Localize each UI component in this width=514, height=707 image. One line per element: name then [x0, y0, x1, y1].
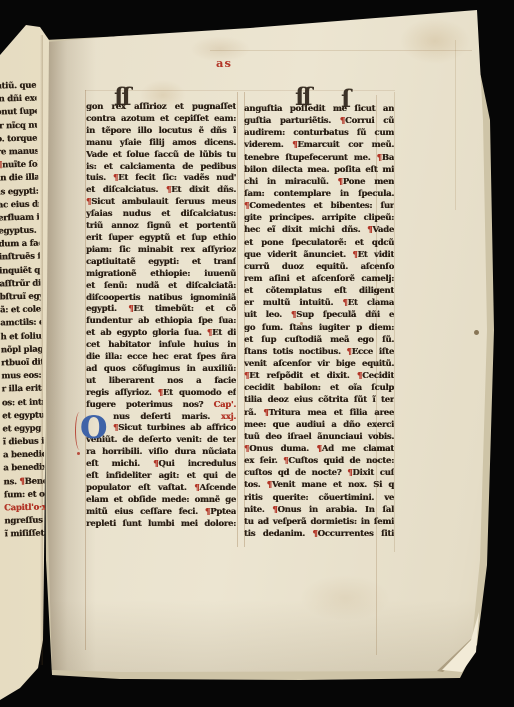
manuscript-text-line: et ſenũ: nudã et diſcalciatã:: [86, 281, 236, 293]
right-text-column: anguſtia poſſedit me ſicut anguſtia part…: [244, 103, 394, 540]
manuscript-text-line: elam et obſide mede: omnẽ ge: [86, 495, 236, 507]
manuscript-text-line: in tẽpore illo locutus ẽ dñs ĩ: [86, 126, 236, 138]
manuscript-text-line: go ſum. ſtans iugiter p diem:: [244, 322, 394, 334]
manuscript-text-line: repleti ſunt lumbi mei dolore:: [86, 519, 236, 531]
manuscript-text-line: tuũ deo iſrael ãnunciaui vobis.: [244, 431, 394, 443]
manuscript-text-line: ã: et colentes: [0, 304, 41, 318]
manuscript-text-line: tenebre ſtupefecerunt me. ¶Ba: [244, 152, 394, 164]
manuscript-text-line: nõpl plagã k: [1, 343, 42, 357]
manuscript-text-line: et egyptus lã: [2, 409, 43, 423]
manuscript-text-line: cet habitator inſule huius in: [86, 340, 236, 352]
manuscript-text-line: tis dedanim. ¶Occurrentes ſiti: [244, 528, 394, 540]
manuscript-text-line: erit ſuper egyptũ et ſup ethio: [86, 233, 236, 245]
page-bottom-shading: [50, 600, 480, 675]
ruling-line-vertical: [455, 40, 456, 210]
manuscript-text-line: dum a facie m: [0, 238, 40, 252]
ink-speck: [474, 330, 479, 335]
manuscript-text-line: ĩ miſiſſet eũ ſar: [4, 528, 45, 542]
manuscript-text-line: ¶Et reſpõdit et dixit. ¶Cecidit: [244, 370, 394, 382]
manuscript-text-line: ngreſſus ẽ thar: [4, 515, 45, 529]
manuscript-text-line: is: et calciamenta de pedibus: [86, 162, 236, 174]
manuscript-text-line: hec eĩ dixit michi dñs. ¶Vade: [244, 224, 394, 236]
manuscript-text-line: ¶Comedentes et bibentes: ſur: [244, 200, 394, 212]
manuscript-text-line: amctils: et uo: [0, 317, 41, 331]
manuscript-text-line: aſſtrũr dietã: [0, 277, 40, 291]
manuscript-text-line: chi in miraculũ. ¶Pone men: [244, 176, 394, 188]
chapter-initial: O: [80, 412, 106, 444]
manuscript-text-line: regis aſſyrioz. ¶Et quomodo ef: [86, 388, 236, 400]
manuscript-text-line: diſcoopertis natibus ignominiã: [86, 293, 236, 305]
manuscript-text-line: ſum: et opus: [4, 488, 45, 502]
manuscript-text-line: o. torquens ter: [0, 132, 37, 146]
manuscript-text-line: Vade et ſolue ſaccũ de lũbis tu: [86, 150, 236, 162]
manuscript-text-line: ex ſeir. ¶Cuſtos quid de nocte:: [244, 455, 394, 467]
manuscript-text-line: rem aſini et aſcenſorẽ camelj:: [244, 273, 394, 285]
manuscript-text-line: rtbuoĩ dit: [1, 356, 42, 370]
manuscript-text-line: in die illa erit: [0, 172, 38, 186]
left-text-column: gon rex aſſirioz et pugnaſſetcontra azot…: [86, 102, 236, 531]
manuscript-text-line: ut liberarent nos a facie: [86, 376, 236, 388]
manuscript-text-line: cuſtos qd de nocte? ¶Dixit cuſ: [244, 467, 394, 479]
manuscript-text-line: veniũt. de deſerto venit: de ter: [86, 435, 236, 447]
parchment-stain: [400, 18, 470, 64]
manuscript-text-line: egyptus. ¶Conĩ: [0, 225, 39, 239]
manuscript-text-line: populator eſt vaſtat. ¶Aſcende: [86, 483, 236, 495]
photo-background: as ſſ ſſ ſ gon rex aſſirioz et pugnaſſet…: [0, 0, 514, 707]
manuscript-text-line: cecidit babilon: et oĩa ſculp: [244, 382, 394, 394]
manuscript-text-line: viderem. ¶Emarcuit cor meũ.: [244, 139, 394, 151]
manuscript-text-line: currũ duoz equitũ. aſcenſo: [244, 261, 394, 273]
manuscript-text-line: guſtia parturiẽtis. ¶Corrui cũ: [244, 115, 394, 127]
manuscript-text-line: nite. ¶Onus in arabia. In ſal: [244, 504, 394, 516]
manuscript-text-line: manu yſaie filij amos dicens.: [86, 138, 236, 150]
manuscript-text-line: die illa: ecce hec erat ſpes ñra: [86, 352, 236, 364]
manuscript-text-line: eſt infideliter agit: et qui de: [86, 471, 236, 483]
manuscript-text-line: et pone ſpeculatorẽ: et qdcũ: [244, 237, 394, 249]
manuscript-text-line: audirem: conturbatus ſũ cum: [244, 127, 394, 139]
manuscript-text-line: ¶Onus duma. ¶Ad me clamat: [244, 443, 394, 455]
manuscript-text-line: fugere poterimus nos? Cap'.: [86, 400, 236, 412]
manuscript-text-line: onut ſuper di: [0, 106, 37, 120]
manuscript-text-line: inquiẽt qui kr: [0, 264, 40, 278]
manuscript-text-line: mitũ eius ceſſare feci. ¶Pptea: [86, 507, 236, 519]
manuscript-text-line: re manus pbi: [0, 146, 38, 160]
manuscript-text-line: triũ annoz ſignũ et portentũ: [86, 221, 236, 233]
manuscript-text-line: inſtruẽs falar: [0, 251, 40, 265]
ruling-line-vertical: [394, 92, 395, 552]
manuscript-text-line: Capitl'o·xx·: [4, 502, 45, 516]
manuscript-text-line: tu ad veſperã dormietis: in ſemi: [244, 516, 394, 528]
manuscript-text-line: ¶Sicut ambulauit ſeruus meus: [86, 197, 236, 209]
manuscript-text-line: et ab egypto gloria ſua. ¶Et di: [86, 328, 236, 340]
manuscript-text-line: venit aſcenſor vir bige equitũ.: [244, 358, 394, 370]
manuscript-text-line: mee: que audiui a dño exerci: [244, 419, 394, 431]
manuscript-text-line: h et ſoliun ẽ: [0, 330, 41, 344]
manuscript-text-line: captiuitatẽ egypti: et tranſ: [86, 257, 236, 269]
running-title: as: [208, 56, 240, 70]
manuscript-text-line: er multũ intuitũ. ¶Et clama: [244, 297, 394, 309]
manuscript-text-line: ntiũ. que: [0, 80, 36, 94]
manuscript-text-line: erfluam inglo: [0, 211, 39, 225]
parchment-stain: [300, 575, 390, 621]
manuscript-text-line: et diſcalciatus. ¶Et dixit dñs.: [86, 185, 236, 197]
manuscript-text-line: r illa erit via: [1, 383, 42, 397]
manuscript-text-line: tilia deoz eius cõtrita ſũt ĩ ter: [244, 394, 394, 406]
manuscript-text-line: ¶nuĩte ſolidũ: [0, 159, 38, 173]
manuscript-text-line: a benedictio in: [3, 449, 44, 463]
manuscript-text-line: ritis querite: cõuertimini. ve: [244, 492, 394, 504]
manuscript-text-line: et egypg iſtl: [2, 422, 43, 436]
manuscript-text-line: is egypti: et m: [0, 185, 39, 199]
manuscript-text-line: ad quos cõfugimus in auxiliũ:: [86, 364, 236, 376]
manuscript-text-line: piam: ſic minabit rex aſſyrioz: [86, 245, 236, 257]
main-page: as ſſ ſſ ſ gon rex aſſirioz et pugnaſſet…: [0, 0, 514, 707]
manuscript-text-line: mus eos: et ſan: [1, 370, 42, 384]
manuscript-text-line: fundentur ab ethiopia ſpe ſua:: [86, 316, 236, 328]
manuscript-text-line: ſam: contemplare in ſpecula.: [244, 188, 394, 200]
manuscript-text-line: gite principes. arripite clipeũ:: [244, 212, 394, 224]
manuscript-text-line: yſaias nudus et diſcalciatus:: [86, 209, 236, 221]
manuscript-text-line: que viderit ãnunciet. ¶Et vidit: [244, 249, 394, 261]
manuscript-text-line: in dñi exercitu: [0, 93, 37, 107]
manuscript-text-line: ¶Sicut turbines ab affrico: [86, 423, 236, 435]
manuscript-text-line: ns. ¶Benedictus: [3, 475, 44, 489]
manuscript-text-line: egypti. ¶Et timebũt: et cõ: [86, 304, 236, 316]
manuscript-text-line: ĩ diebus illis: [3, 436, 44, 450]
manuscript-text-line: et ſup cuſtodiã meã ego ſũ.: [244, 334, 394, 346]
manuscript-text-line: et cõtemplatus eſt diligent: [244, 285, 394, 297]
manuscript-text-line: ac eius dñi: oẽs: [0, 198, 39, 212]
manuscript-text-line: bſtruĩ egypũ: [0, 291, 41, 305]
manuscript-text-line: tuis. ¶Et fecit ſic: vadẽs nud': [86, 173, 236, 185]
manuscript-text-line: gon rex aſſirioz et pugnaſſet: [86, 102, 236, 114]
ruling-line-vertical: [237, 92, 238, 547]
manuscript-text-line: nus deſerti maris. xxj.: [86, 412, 236, 424]
manuscript-text-line: migrationẽ ethiopie: iuuenũ: [86, 269, 236, 281]
manuscript-text-line: os: et intrabit: [2, 396, 43, 410]
manuscript-text-line: bilon dilecta mea. poſita eſt mi: [244, 164, 394, 176]
manuscript-text-line: ra horribili. viſio dura nũciata: [86, 447, 236, 459]
manuscript-text-line: anguſtia poſſedit me ſicut an: [244, 103, 394, 115]
manuscript-text-line: ir nĩcq nupta: [0, 119, 37, 133]
manuscript-text-line: a benedixit dñs: [3, 462, 44, 476]
manuscript-text-line: rã. ¶Tritura mea et filia aree: [244, 407, 394, 419]
ruling-line-horizontal: [85, 90, 395, 91]
manuscript-text-line: contra azotum et cepiſſet eam:: [86, 114, 236, 126]
manuscript-text-line: ſtans totis noctibus. ¶Ecce iſte: [244, 346, 394, 358]
manuscript-text-line: uit leo. ¶Sup ſpeculã dñi e: [244, 309, 394, 321]
manuscript-text-line: tos. ¶Venit mane et nox. Si q: [244, 479, 394, 491]
manuscript-text-line: eſt michi. ¶Qui incredulus: [86, 459, 236, 471]
